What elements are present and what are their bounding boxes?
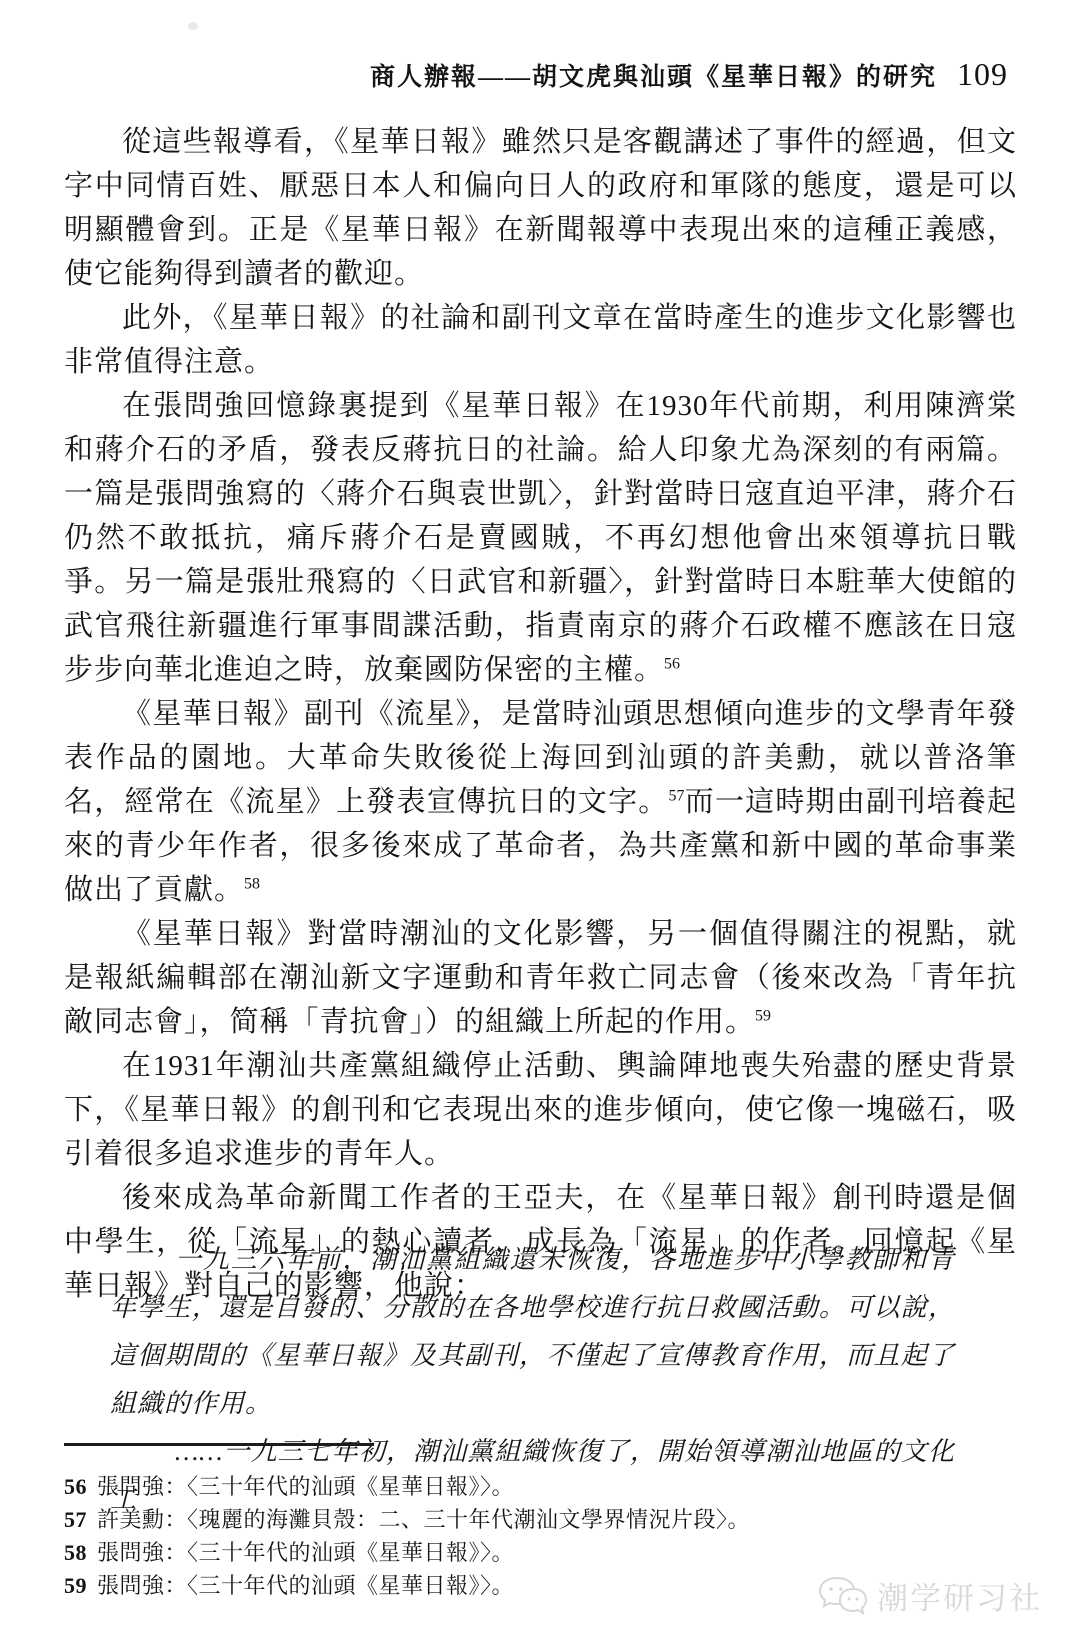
footnote-number: 58 bbox=[64, 1540, 87, 1565]
footnote-text: 張問強：〈三十年代的汕頭《星華日報》〉。 bbox=[97, 1540, 514, 1565]
paragraph: 在1931年潮汕共產黨組織停止活動、輿論陣地喪失殆盡的歷史背景下，《星華日報》的… bbox=[64, 1044, 1017, 1176]
footnote-ref: 58 bbox=[244, 875, 260, 892]
footnote: 56張問強：〈三十年代的汕頭《星華日報》〉。 bbox=[64, 1470, 964, 1503]
chat-bubbles-icon bbox=[817, 1575, 869, 1617]
running-title: 商人辦報——胡文虎與汕頭《星華日報》的研究 bbox=[370, 57, 937, 93]
paragraph-text: 從這些報導看，《星華日報》雖然只是客觀講述了事件的經過，但文字中同情百姓、厭惡日… bbox=[64, 126, 1017, 290]
quote-paragraph: 一九三六年前，潮汕黨組織還未恢復，各地進步中小學教師和青年學生，還是自發的、分散… bbox=[110, 1236, 955, 1428]
body-paragraphs: 從這些報導看，《星華日報》雖然只是客觀講述了事件的經過，但文字中同情百姓、厭惡日… bbox=[64, 120, 1017, 1308]
paragraph-text: 《星華日報》對當時潮汕的文化影響，另一個值得關注的視點，就是報紙編輯部在潮汕新文… bbox=[64, 918, 1017, 1038]
watermark-text: 潮学研习社 bbox=[877, 1573, 1042, 1618]
book-page: 商人辦報——胡文虎與汕頭《星華日報》的研究 109 從這些報導看，《星華日報》雖… bbox=[0, 0, 1080, 1646]
paragraph-text: 在1931年潮汕共產黨組織停止活動、輿論陣地喪失殆盡的歷史背景下，《星華日報》的… bbox=[64, 1050, 1017, 1170]
footnote-text: 張問強：〈三十年代的汕頭《星華日報》〉。 bbox=[97, 1474, 514, 1499]
page-header: 商人辦報——胡文虎與汕頭《星華日報》的研究 109 bbox=[370, 56, 1008, 93]
paragraph: 《星華日報》對當時潮汕的文化影響，另一個值得關注的視點，就是報紙編輯部在潮汕新文… bbox=[64, 912, 1017, 1044]
footnote-text: 張問強：〈三十年代的汕頭《星華日報》〉。 bbox=[97, 1573, 514, 1598]
footnote-ref: 57 bbox=[669, 787, 685, 804]
footnote-text: 許美勳：〈瑰麗的海灘貝殼：二、三十年代潮汕文學界情況片段〉。 bbox=[97, 1507, 750, 1532]
paragraph: 此外，《星華日報》的社論和副刊文章在當時產生的進步文化影響也非常值得注意。 bbox=[64, 296, 1017, 384]
paragraph: 在張問強回憶錄裏提到《星華日報》在1930年代前期，利用陳濟棠和蔣介石的矛盾，發… bbox=[64, 384, 1017, 692]
footnote: 57許美勳：〈瑰麗的海灘貝殼：二、三十年代潮汕文學界情況片段〉。 bbox=[64, 1503, 964, 1536]
paragraph: 《星華日報》副刊《流星》，是當時汕頭思想傾向進步的文學青年發表作品的園地。大革命… bbox=[64, 692, 1017, 912]
paragraph: 從這些報導看，《星華日報》雖然只是客觀講述了事件的經過，但文字中同情百姓、厭惡日… bbox=[64, 120, 1017, 296]
footnote-ref: 56 bbox=[664, 655, 680, 672]
watermark: 潮学研习社 bbox=[817, 1573, 1042, 1618]
paragraph-text: 在張問強回憶錄裏提到《星華日報》在1930年代前期，利用陳濟棠和蔣介石的矛盾，發… bbox=[64, 390, 1017, 686]
footnote-number: 56 bbox=[64, 1474, 87, 1499]
footnote-ref: 59 bbox=[755, 1007, 771, 1024]
paragraph-text: 此外，《星華日報》的社論和副刊文章在當時產生的進步文化影響也非常值得注意。 bbox=[64, 302, 1017, 378]
footnote-number: 57 bbox=[64, 1507, 87, 1532]
footnote: 58張問強：〈三十年代的汕頭《星華日報》〉。 bbox=[64, 1536, 964, 1569]
footnote-number: 59 bbox=[64, 1573, 87, 1598]
scan-speck bbox=[188, 22, 198, 30]
footnote-divider bbox=[64, 1443, 374, 1446]
page-number: 109 bbox=[957, 56, 1008, 93]
